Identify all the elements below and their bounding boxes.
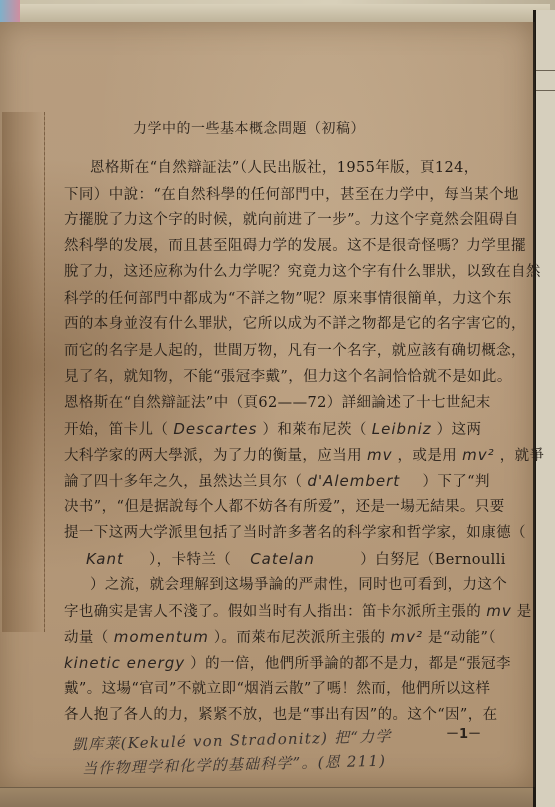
text-line: 下同）中說：“在自然科學的任何部門中，甚至在力学中，每当某个地 <box>64 185 504 205</box>
formula: mv² <box>462 446 495 464</box>
formula: mv <box>486 602 512 620</box>
underlying-page-strip <box>533 10 555 807</box>
text-line: 科学的任何部門中都成为“不詳之物”呢？原来事情很簡单，力这个东 <box>64 289 504 309</box>
divider <box>536 90 555 91</box>
text-line: 恩格斯在“自然辯証法”中（頁62——72）詳細論述了十七世紀末 <box>64 393 504 413</box>
text-line: 戴”。这場“官司”不就立即“烟消云散”了嗎！然而，他們所以这样 <box>64 679 504 699</box>
water-stain <box>2 112 45 632</box>
text-line: 論了四十多年之久，虽然达兰貝尔（ d'Alembert ）下了“判 <box>64 471 504 492</box>
text-segment: 是“动能”（ <box>428 630 496 646</box>
text-segment: 开始，笛卡儿（ <box>64 422 168 438</box>
text-line: kinetic energy ）的一倍，他們所爭論的都不是力，都是“張冠李 <box>64 653 504 674</box>
text-segment: ）。而萊布尼茨派所主張的 <box>214 630 386 646</box>
binder-corner <box>0 0 20 22</box>
latin-term: momentum <box>114 628 209 646</box>
document-title: 力学中的一些基本概念問題（初稿） <box>133 118 365 138</box>
text-line: 决书”，“但是据說每个人都不妨各有所爱”，还是一場无結果。只要 <box>64 497 504 517</box>
text-segment: 論了四十多年之久，虽然达兰貝尔（ <box>64 474 302 490</box>
text-line: 字也确实是害人不淺了。假如当时有人指出：笛卡尔派所主張的 mv 是 <box>64 601 504 622</box>
text-segment: ，或是用 <box>398 448 458 464</box>
text-line: Kant ），卡特兰（ Catelan ）白努尼（Bernoulli <box>86 549 526 570</box>
page-stack-bottom-edge <box>0 787 533 807</box>
text-line: 开始，笛卡儿（ Descartes ）和萊布尼茨（ Leibniz ）这两 <box>64 419 504 440</box>
text-line: 各人抱了各人的力，紧紧不放，也是“事出有因”的。这个“因”，在 <box>64 705 504 725</box>
text-segment: ）这两 <box>437 422 482 438</box>
divider <box>536 70 555 71</box>
latin-name: Catelan <box>250 549 355 569</box>
text-line: ）之流，就会理解到这場爭論的严肃性，同时也可看到，力这个 <box>90 575 530 595</box>
page-number: －1－ <box>446 723 481 742</box>
formula: mv <box>367 446 393 464</box>
text-segment: 大科学家的两大學派，为了力的衡量，应当用 <box>64 448 362 464</box>
text-line: 恩格斯在“自然辯証法”（人民出版社，1955年版，頁124， <box>90 158 530 178</box>
text-line: 大科学家的两大學派，为了力的衡量，应当用 mv ，或是用 mv² ，就爭 <box>64 445 504 466</box>
text-segment: ）白努尼（Bernoulli <box>360 552 506 568</box>
latin-name: Leibniz <box>372 420 432 438</box>
text-segment: 是 <box>517 604 532 620</box>
latin-term: kinetic energy <box>64 654 185 672</box>
text-segment: ），卡特兰（ <box>149 552 231 568</box>
text-segment: 动量（ <box>64 630 109 646</box>
text-segment: ）的一倍，他們所爭論的都不是力，都是“張冠李 <box>190 656 511 672</box>
text-line: 見了名，就知物，不能“張冠李戴”，但力这个名詞恰恰就不是如此。 <box>64 367 504 387</box>
text-line: 提一下这两大学派里包括了当时許多著名的科学家和哲学家，如康德（ <box>64 523 504 543</box>
text-segment: ，就爭 <box>500 448 545 464</box>
latin-name: d'Alembert <box>307 471 417 491</box>
text-line: 西的本身並沒有什么罪狀，它所以成为不詳之物都是它的名字害它的， <box>64 314 504 334</box>
text-segment: ）下了“判 <box>422 474 489 490</box>
text-line: 然科學的发展，而且甚至阻碍力学的发展。这不是很奇怪嗎？力学里擺 <box>64 236 504 256</box>
latin-name: Kant <box>86 549 144 569</box>
text-line: 方擺脫了力这个字的时候，就向前进了一步”。力这个字竟然会阻碍自 <box>64 210 504 230</box>
text-segment: 字也确实是害人不淺了。假如当时有人指出：笛卡尔派所主張的 <box>64 604 481 620</box>
text-line: 动量（ momentum ）。而萊布尼茨派所主張的 mv² 是“动能”（ <box>64 627 504 648</box>
latin-name: Descartes <box>173 420 257 438</box>
page-stack-top-edge <box>20 4 550 23</box>
formula: mv² <box>390 628 423 646</box>
text-segment: ）和萊布尼茨（ <box>262 422 366 438</box>
text-line: 而它的名字是人起的，世間万物，凡有一个名字，就应該有确切概念， <box>64 341 504 361</box>
text-line: 脫了力，这还应称为什么力学呢？究竟力这个字有什么罪狀，以致在自然 <box>64 262 504 282</box>
